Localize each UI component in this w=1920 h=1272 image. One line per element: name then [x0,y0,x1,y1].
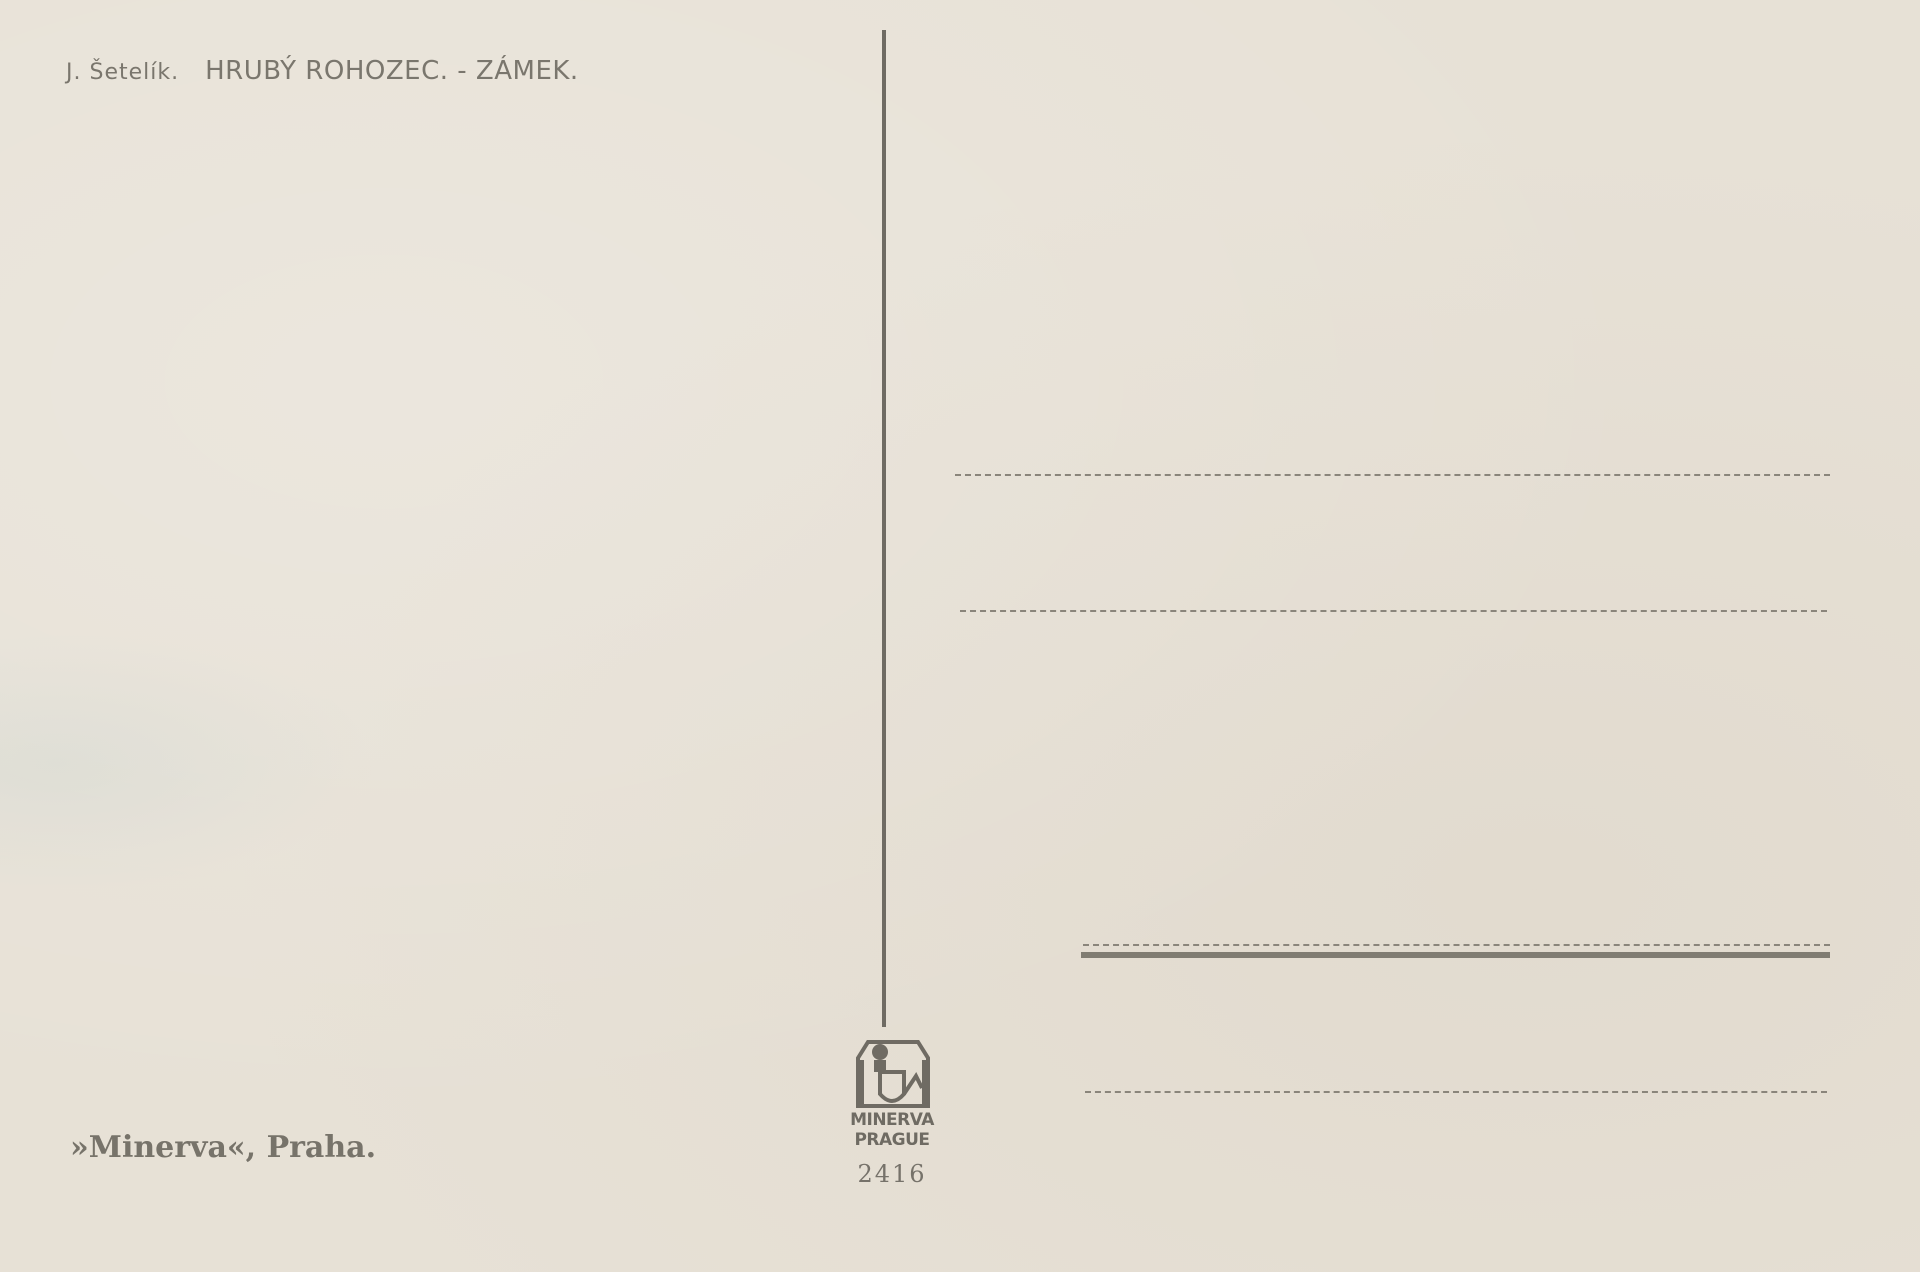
series-number: 2416 [850,1160,934,1188]
caption-title: HRUBÝ ROHOZEC. - ZÁMEK. [205,56,579,86]
center-divider-line [882,30,886,1027]
image-caption: J. Šetelík.HRUBÝ ROHOZEC. - ZÁMEK. [66,56,579,86]
artist-name: J. Šetelík. [66,60,179,85]
address-line-3-dashed [1083,944,1830,946]
publisher-imprint: »Minerva«, Praha. [70,1130,376,1165]
logo-text-prague: PRAGUE [850,1130,934,1150]
address-line-3-solid [1081,952,1830,958]
address-line-4 [1085,1091,1827,1093]
minerva-emblem-icon [850,1038,934,1110]
address-line-1 [955,474,1830,476]
logo-text-minerva: MINERVA [850,1110,934,1130]
address-line-2 [960,610,1827,612]
